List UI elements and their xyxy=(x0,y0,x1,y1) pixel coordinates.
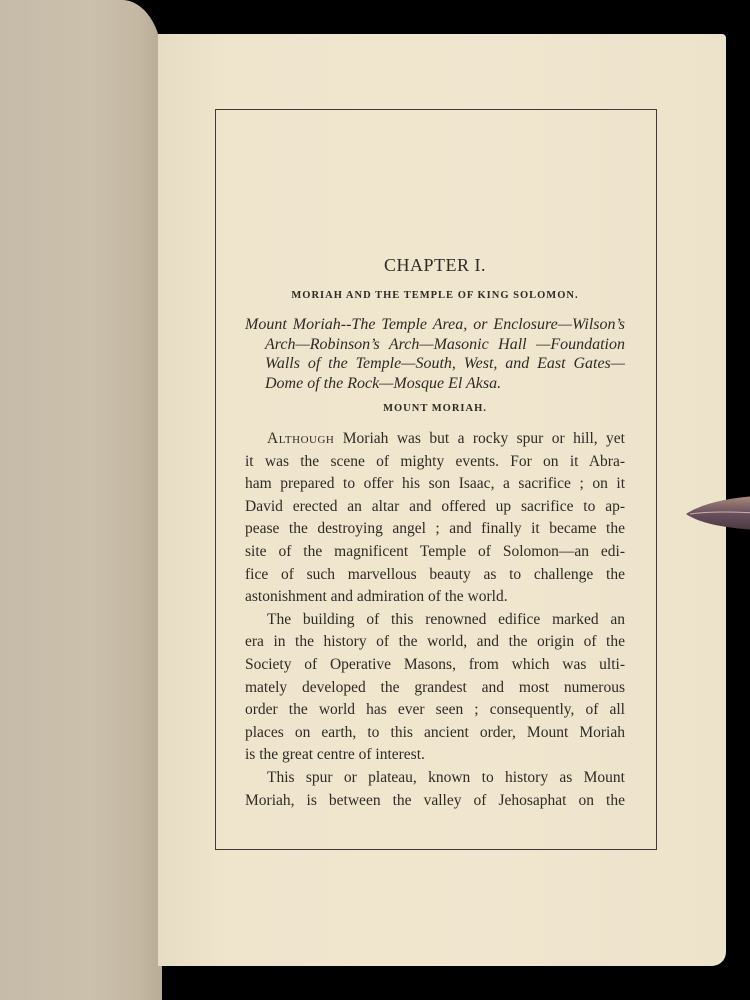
text-line: is the great centre of interest. xyxy=(245,744,625,767)
chapter-synopsis: Mount Moriah--The Temple Area, or Enclos… xyxy=(245,315,625,393)
text-line: The building of this renowned edifice ma… xyxy=(245,609,625,632)
text-line: pease the destroying angel ; and finally… xyxy=(245,518,625,541)
text-line: order the world has ever seen ; conseque… xyxy=(245,699,625,722)
text-line: it was the scene of mighty events. For o… xyxy=(245,451,625,474)
chapter-subtitle: MORIAH AND THE TEMPLE OF KING SOLOMON. xyxy=(245,290,625,301)
text-line: Moriah was but a rocky spur or hill, yet xyxy=(334,430,625,447)
paragraph-lead-word: Although xyxy=(267,430,334,447)
section-heading: MOUNT MORIAH. xyxy=(245,403,625,414)
page-content: CHAPTER I. MORIAH AND THE TEMPLE OF KING… xyxy=(245,255,625,812)
text-line: ham prepared to offer his son Isaac, a s… xyxy=(245,473,625,496)
text-line: This spur or plateau, known to history a… xyxy=(245,767,625,790)
chapter-title: CHAPTER I. xyxy=(245,255,625,276)
text-line: places on earth, to this ancient order, … xyxy=(245,722,625,745)
text-line: mately developed the grandest and most n… xyxy=(245,677,625,700)
paragraph-3: This spur or plateau, known to history a… xyxy=(245,767,625,812)
text-line: Moriah, is between the valley of Jehosap… xyxy=(245,790,625,813)
text-line: David erected an altar and offered up sa… xyxy=(245,496,625,519)
left-page-edge xyxy=(0,0,162,1000)
text-line: Society of Operative Masons, from which … xyxy=(245,654,625,677)
text-line: fice of such marvellous beauty as to cha… xyxy=(245,564,625,587)
paragraph-1: Although Moriah was but a rocky spur or … xyxy=(245,428,625,609)
bookmark-pointer-icon xyxy=(686,494,750,534)
text-line: astonishment and admiration of the world… xyxy=(245,586,625,609)
paragraph-2: The building of this renowned edifice ma… xyxy=(245,609,625,767)
text-line: site of the magnificent Temple of Solomo… xyxy=(245,541,625,564)
text-line: era in the history of the world, and the… xyxy=(245,631,625,654)
